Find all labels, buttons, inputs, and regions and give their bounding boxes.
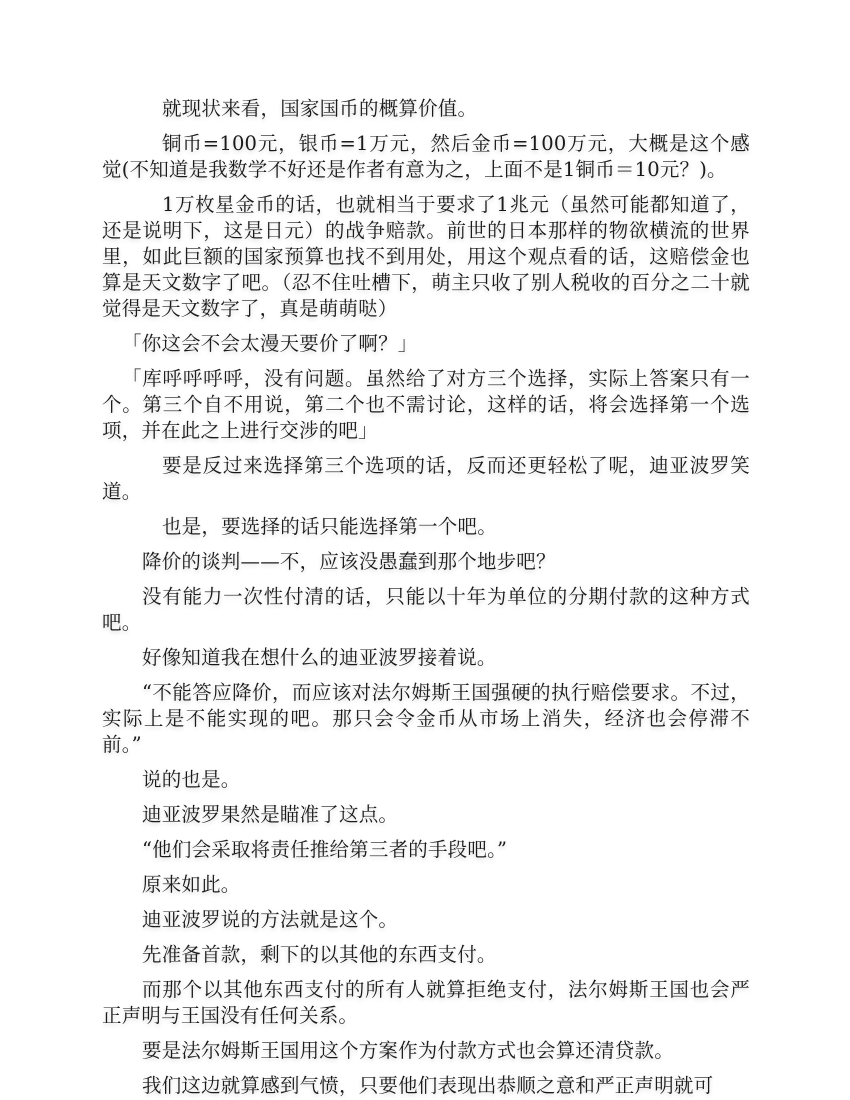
paragraph-4: 「你这会不会太漫天要价了啊？」 xyxy=(102,331,750,357)
paragraph-3: 1万枚星金币的话，也就相当于要求了1兆元（虽然可能都知道了，还是说明下，这是日元… xyxy=(102,192,750,322)
paragraph-9: 没有能力一次性付清的话，只能以十年为单位的分期付款的这种方式吧。 xyxy=(102,584,750,636)
paragraph-7: 也是，要选择的话只能选择第一个吧。 xyxy=(102,514,750,540)
paragraph-15: 原来如此。 xyxy=(102,872,750,898)
paragraph-13: 迪亚波罗果然是瞄准了这点。 xyxy=(102,802,750,828)
paragraph-20: 我们这边就算感到气愤，只要他们表现出恭顺之意和严正声明就可 xyxy=(102,1073,750,1099)
paragraph-12: 说的也是。 xyxy=(102,767,750,793)
paragraph-11: “不能答应降价，而应该对法尔姆斯王国强硬的执行赔偿要求。不过，实际上是不能实现的… xyxy=(102,680,750,758)
paragraph-8: 降价的谈判——不，应该没愚蠢到那个地步吧？ xyxy=(102,549,750,575)
document-page: 就现状来看，国家国币的概算价值。 铜币=100元，银币=1万元，然后金币=100… xyxy=(102,96,750,1100)
paragraph-17: 先准备首款，剩下的以其他的东西支付。 xyxy=(102,942,750,968)
paragraph-1: 就现状来看，国家国币的概算价值。 xyxy=(102,96,750,122)
paragraph-10: 好像知道我在想什么的迪亚波罗接着说。 xyxy=(102,645,750,671)
paragraph-18: 而那个以其他东西支付的所有人就算拒绝支付，法尔姆斯王国也会严正声明与王国没有任何… xyxy=(102,977,750,1029)
paragraph-19: 要是法尔姆斯王国用这个方案作为付款方式也会算还清贷款。 xyxy=(102,1038,750,1064)
paragraph-2: 铜币=100元，银币=1万元，然后金币=100万元，大概是这个感觉(不知道是我数… xyxy=(102,131,750,183)
paragraph-16: 迪亚波罗说的方法就是这个。 xyxy=(102,907,750,933)
paragraph-6: 要是反过来选择第三个选项的话，反而还更轻松了呢，迪亚波罗笑道。 xyxy=(102,453,750,505)
paragraph-5: 「库呼呼呼呼，没有问题。虽然给了对方三个选择，实际上答案只有一个。第三个自不用说… xyxy=(102,366,750,444)
paragraph-14: “他们会采取将责任推给第三者的手段吧。” xyxy=(102,837,750,863)
